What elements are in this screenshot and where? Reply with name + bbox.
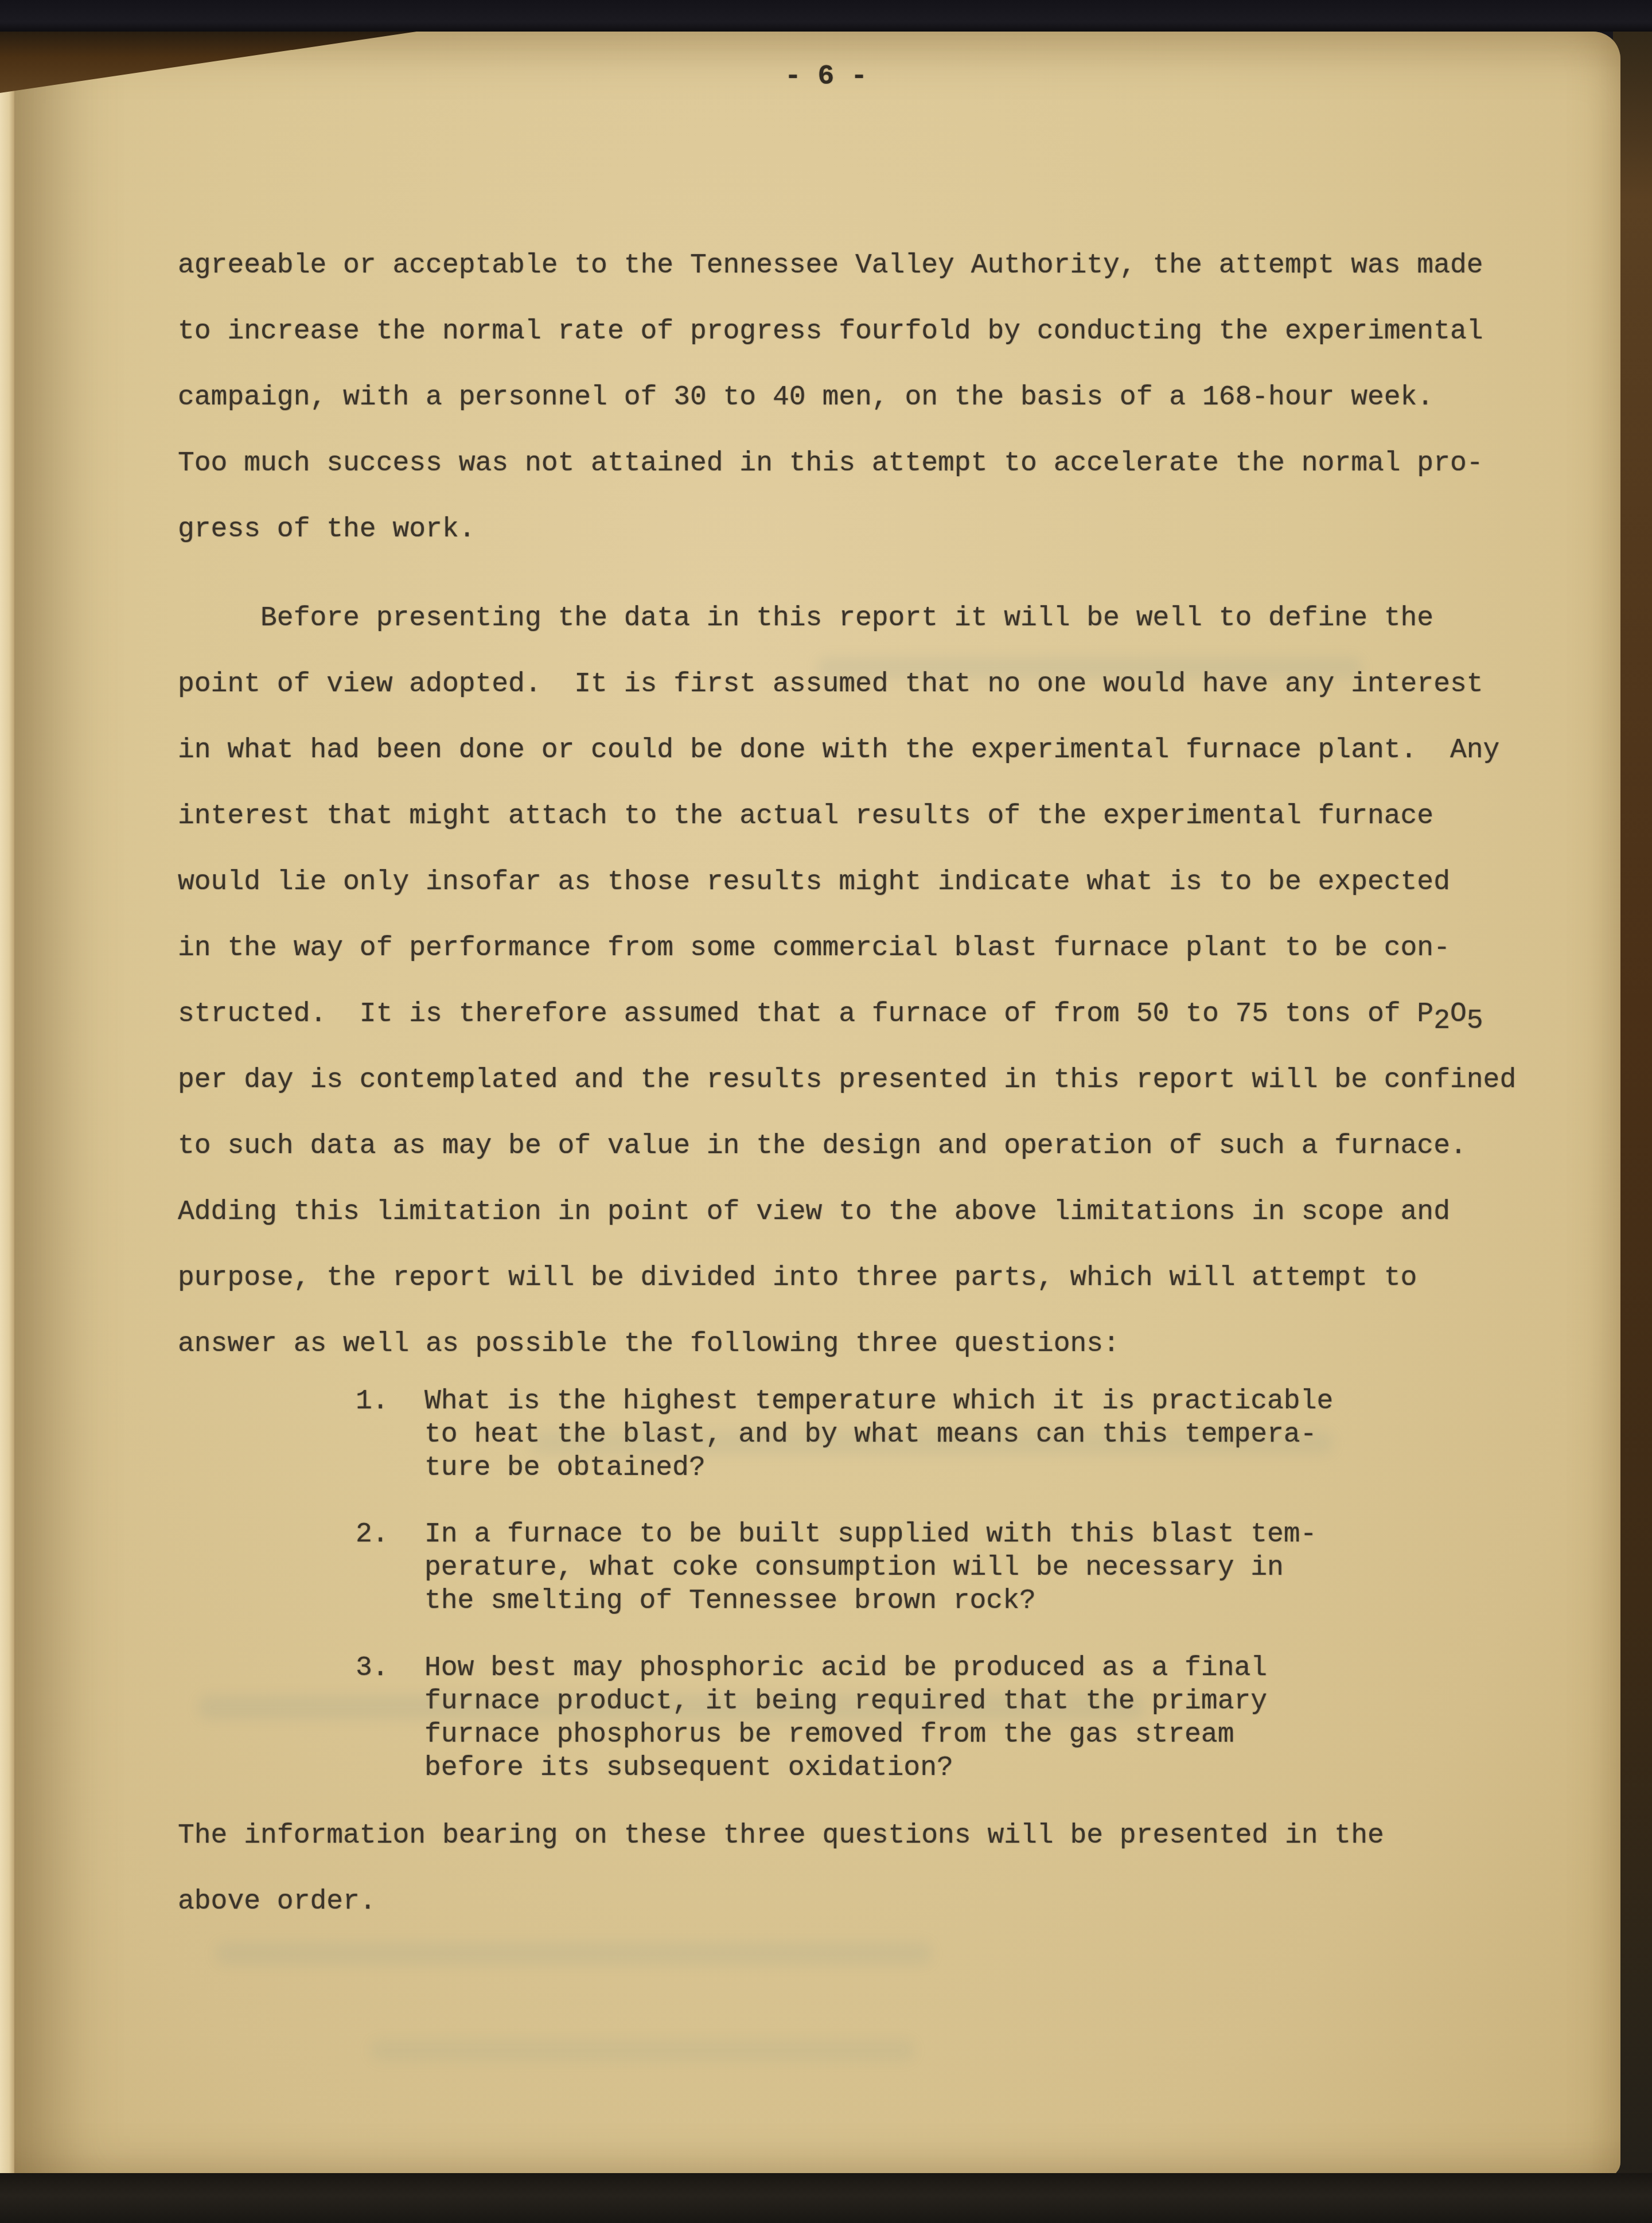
scanned-book-page: - 6 - agreeable or acceptable to the Ten… xyxy=(0,0,1652,2223)
facing-page-edge xyxy=(0,86,15,2174)
paragraph-text: The information bearing on these three q… xyxy=(178,1820,1384,1917)
document-page: - 6 - agreeable or acceptable to the Ten… xyxy=(14,32,1620,2177)
list-item-text: What is the highest temperature which it… xyxy=(424,1385,1400,1485)
page-number: - 6 - xyxy=(158,57,1494,97)
paragraph-text: O xyxy=(1450,999,1467,1030)
list-item-text: In a furnace to be built supplied with t… xyxy=(424,1518,1400,1618)
list-item-number: 3. xyxy=(356,1652,389,1685)
paragraph-text: agreeable or acceptable to the Tennessee… xyxy=(178,250,1483,545)
paragraph-text: Before presenting the data in this repor… xyxy=(178,603,1499,1030)
list-item-number: 1. xyxy=(356,1385,389,1418)
paragraph-point-of-view: Before presenting the data in this repor… xyxy=(178,586,1566,1377)
list-item-text: How best may phosphoric acid be produced… xyxy=(424,1652,1400,1785)
paragraph-closing: The information bearing on these three q… xyxy=(178,1803,1566,1935)
paragraph-text: per day is contemplated and the results … xyxy=(178,1065,1516,1360)
chemical-subscript: 5 xyxy=(1467,1006,1483,1037)
book-cover-fabric-bottom xyxy=(0,2173,1652,2223)
paragraph-continuation: agreeable or acceptable to the Tennessee… xyxy=(178,233,1566,563)
book-cover-fabric-top xyxy=(0,0,1652,32)
chemical-subscript: 2 xyxy=(1433,1006,1450,1037)
bleed-through-mark xyxy=(215,1942,932,1965)
list-item-number: 2. xyxy=(356,1518,389,1551)
bleed-through-mark xyxy=(370,2039,915,2061)
